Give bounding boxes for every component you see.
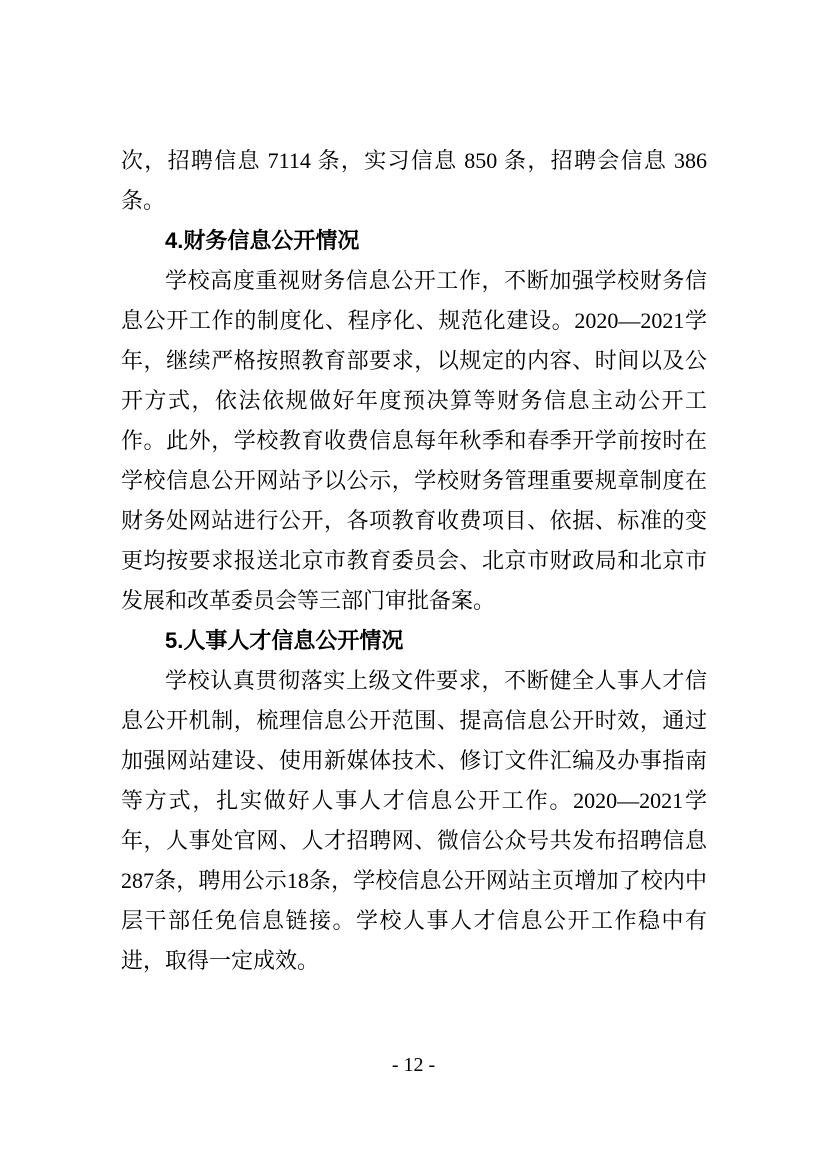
- section-heading-personnel: 5.人事人才信息公开情况: [121, 621, 707, 661]
- section-body-personnel: 学校认真贯彻落实上级文件要求，不断健全人事人才信息公开机制，梳理信息公开范围、提…: [121, 661, 707, 981]
- page-number: - 12 -: [0, 1050, 827, 1080]
- document-page: 次，招聘信息 7114 条，实习信息 850 条，招聘会信息 386 条。 4.…: [0, 0, 827, 1170]
- section-body-finance: 学校高度重视财务信息公开工作，不断加强学校财务信息公开工作的制度化、程序化、规范…: [121, 261, 707, 621]
- section-heading-finance: 4.财务信息公开情况: [121, 221, 707, 261]
- paragraph-continuation: 次，招聘信息 7114 条，实习信息 850 条，招聘会信息 386 条。: [121, 141, 707, 221]
- page-content: 次，招聘信息 7114 条，实习信息 850 条，招聘会信息 386 条。 4.…: [121, 141, 707, 981]
